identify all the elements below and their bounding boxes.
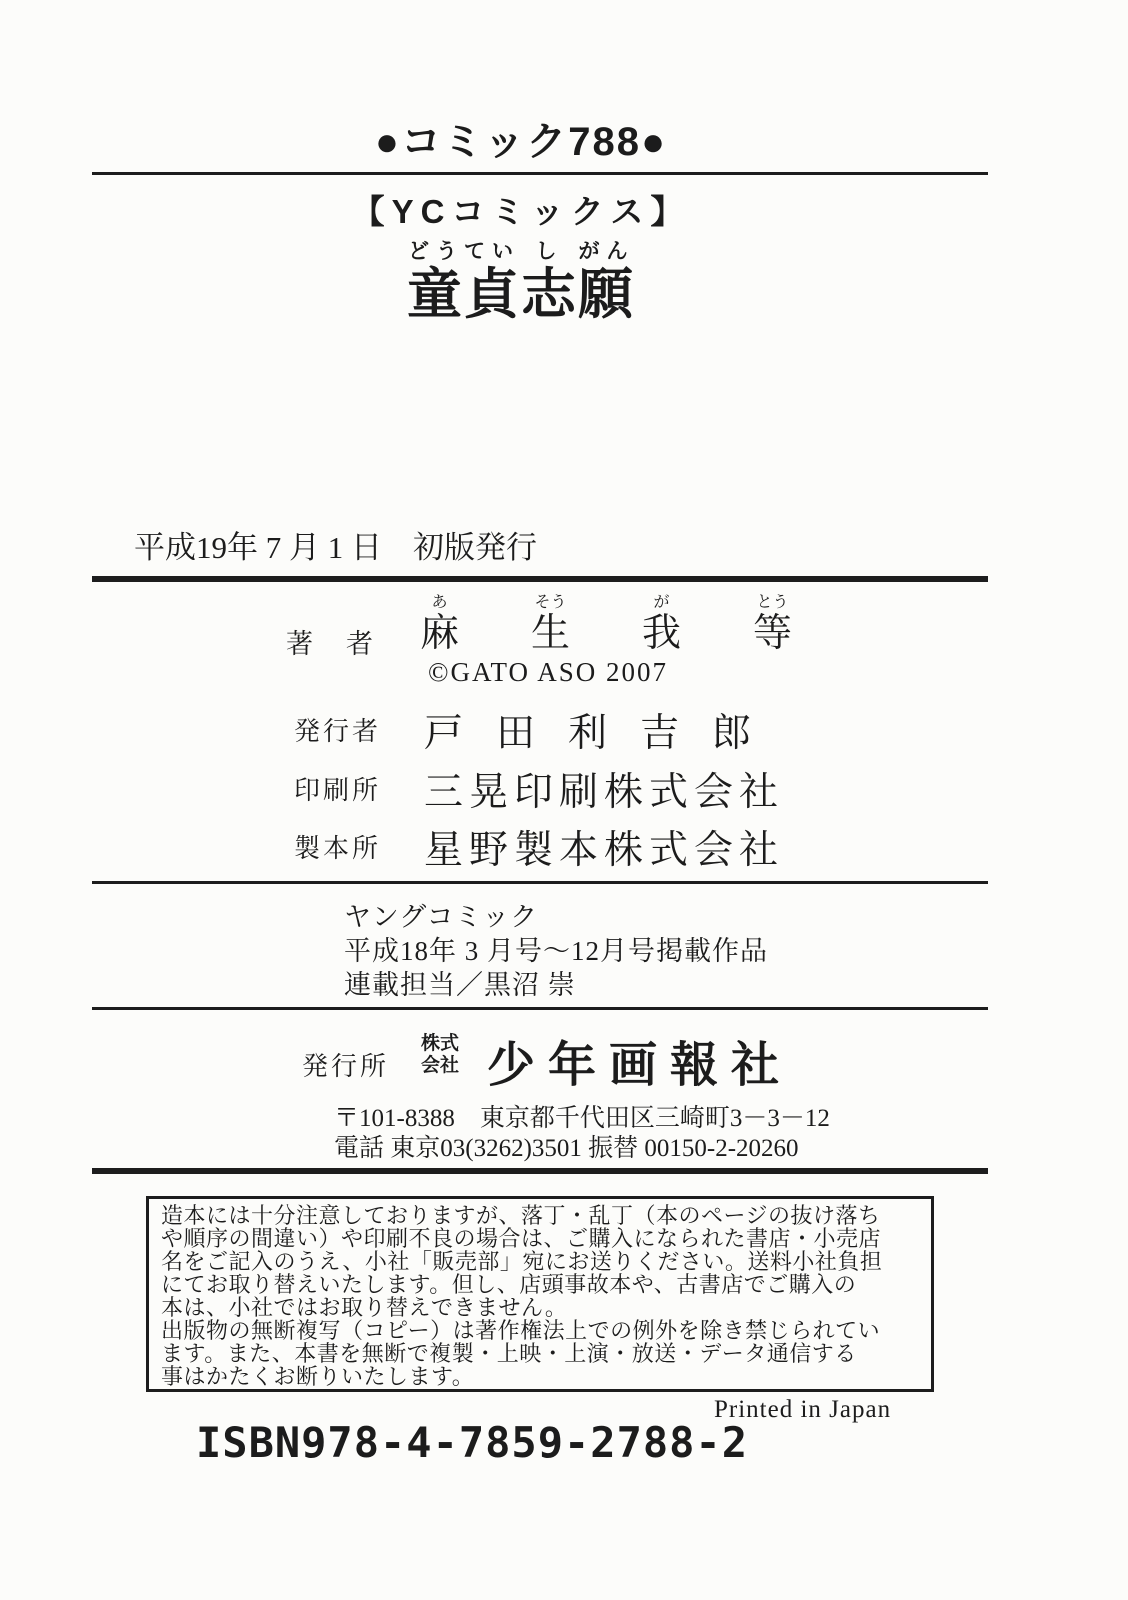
author-name: あ 麻 そう 生 が 我 とう 等 <box>420 594 792 656</box>
series-number: ●コミック788● <box>0 110 1042 167</box>
publisher-person-label: 発行者 <box>294 711 381 748</box>
publisher-person-name: 戸田利吉郎 <box>424 702 784 758</box>
author-furigana: とう <box>757 594 789 612</box>
title-furigana: どうてい <box>408 240 520 264</box>
publishing-house-name: 少年画報社 <box>487 1026 792 1095</box>
author-ruby-group: とう 等 <box>753 594 792 656</box>
author-kanji: 我 <box>642 612 681 656</box>
author-kanji: 生 <box>531 612 570 656</box>
book-title: どうてい 童貞 し 志 がん 願 <box>0 240 1042 324</box>
printer-name: 三晃印刷株式会社 <box>424 761 784 817</box>
notice-line: 造本には十分注意しておりますが、落丁・乱丁（本のページの抜け落ち <box>161 1204 931 1227</box>
author-ruby-group: あ 麻 <box>420 594 459 656</box>
serialization-editor: 連載担当／黒沼 崇 <box>344 963 576 1002</box>
notice-line: にてお取り替えいたします。但し、店頭事故本や、古書店でご購入の <box>161 1273 931 1296</box>
publisher-phone: 電話 東京03(3262)3501 振替 00150-2-20260 <box>334 1128 799 1164</box>
notice-line: 事はかたくお断りいたします。 <box>161 1365 931 1388</box>
author-ruby-group: が 我 <box>642 594 681 656</box>
author-kanji: 麻 <box>420 612 459 656</box>
binder-label: 製本所 <box>294 828 381 865</box>
title-furigana: し <box>535 240 563 264</box>
imprint-label: 【YCコミックス】 <box>0 186 1042 233</box>
divider-heavy-1 <box>92 576 988 582</box>
divider-2 <box>92 881 988 884</box>
title-ruby-group: がん 願 <box>578 240 635 324</box>
binder-name: 星野製本株式会社 <box>424 819 784 875</box>
notice-line: 出版物の無断複写（コピー）は著作権法上での例外を除き禁じられてい <box>161 1319 931 1342</box>
isbn-number: ISBN978-4-7859-2788-2 <box>196 1418 748 1467</box>
corporation-prefix: 株式 会社 <box>421 1033 459 1077</box>
author-furigana: が <box>654 594 670 612</box>
title-furigana: がん <box>579 240 635 264</box>
title-ruby-group: し 志 <box>521 240 578 324</box>
corporation-prefix-top: 株式 <box>421 1033 459 1055</box>
printer-label: 印刷所 <box>294 770 381 807</box>
title-text: 願 <box>578 264 635 324</box>
author-kanji: 等 <box>753 612 792 656</box>
notice-line: や順序の間違い）や印刷不良の場合は、ご購入になられた書店・小売店 <box>161 1227 931 1250</box>
copyright-notice: ©GATO ASO 2007 <box>428 657 668 688</box>
divider-top <box>92 172 988 175</box>
title-text: 童貞 <box>407 264 521 324</box>
colophon-page: ●コミック788● 【YCコミックス】 どうてい 童貞 し 志 がん 願 平成1… <box>0 0 1128 1600</box>
author-furigana: あ <box>432 594 448 612</box>
author-label: 著 者 <box>286 622 376 661</box>
notice-line: ます。また、本書を無断で複製・上映・上演・放送・データ通信する <box>161 1342 931 1365</box>
publishing-house-label: 発行所 <box>302 1046 389 1083</box>
divider-heavy-2 <box>92 1168 988 1174</box>
title-text: 志 <box>521 264 578 324</box>
title-ruby-group: どうてい 童貞 <box>407 240 521 324</box>
author-furigana: そう <box>535 594 567 612</box>
corporation-prefix-bottom: 会社 <box>421 1055 459 1077</box>
edition-date: 平成19年 7 月 1 日 初版発行 <box>134 522 537 567</box>
author-ruby-group: そう 生 <box>531 594 570 656</box>
divider-3 <box>92 1007 988 1010</box>
legal-notice-box: 造本には十分注意しておりますが、落丁・乱丁（本のページの抜け落ち や順序の間違い… <box>146 1196 934 1392</box>
notice-line: 本は、小社ではお取り替えできません。 <box>161 1296 931 1319</box>
notice-line: 名をご記入のうえ、小社「販売部」宛にお送りください。送料小社負担 <box>161 1250 931 1273</box>
